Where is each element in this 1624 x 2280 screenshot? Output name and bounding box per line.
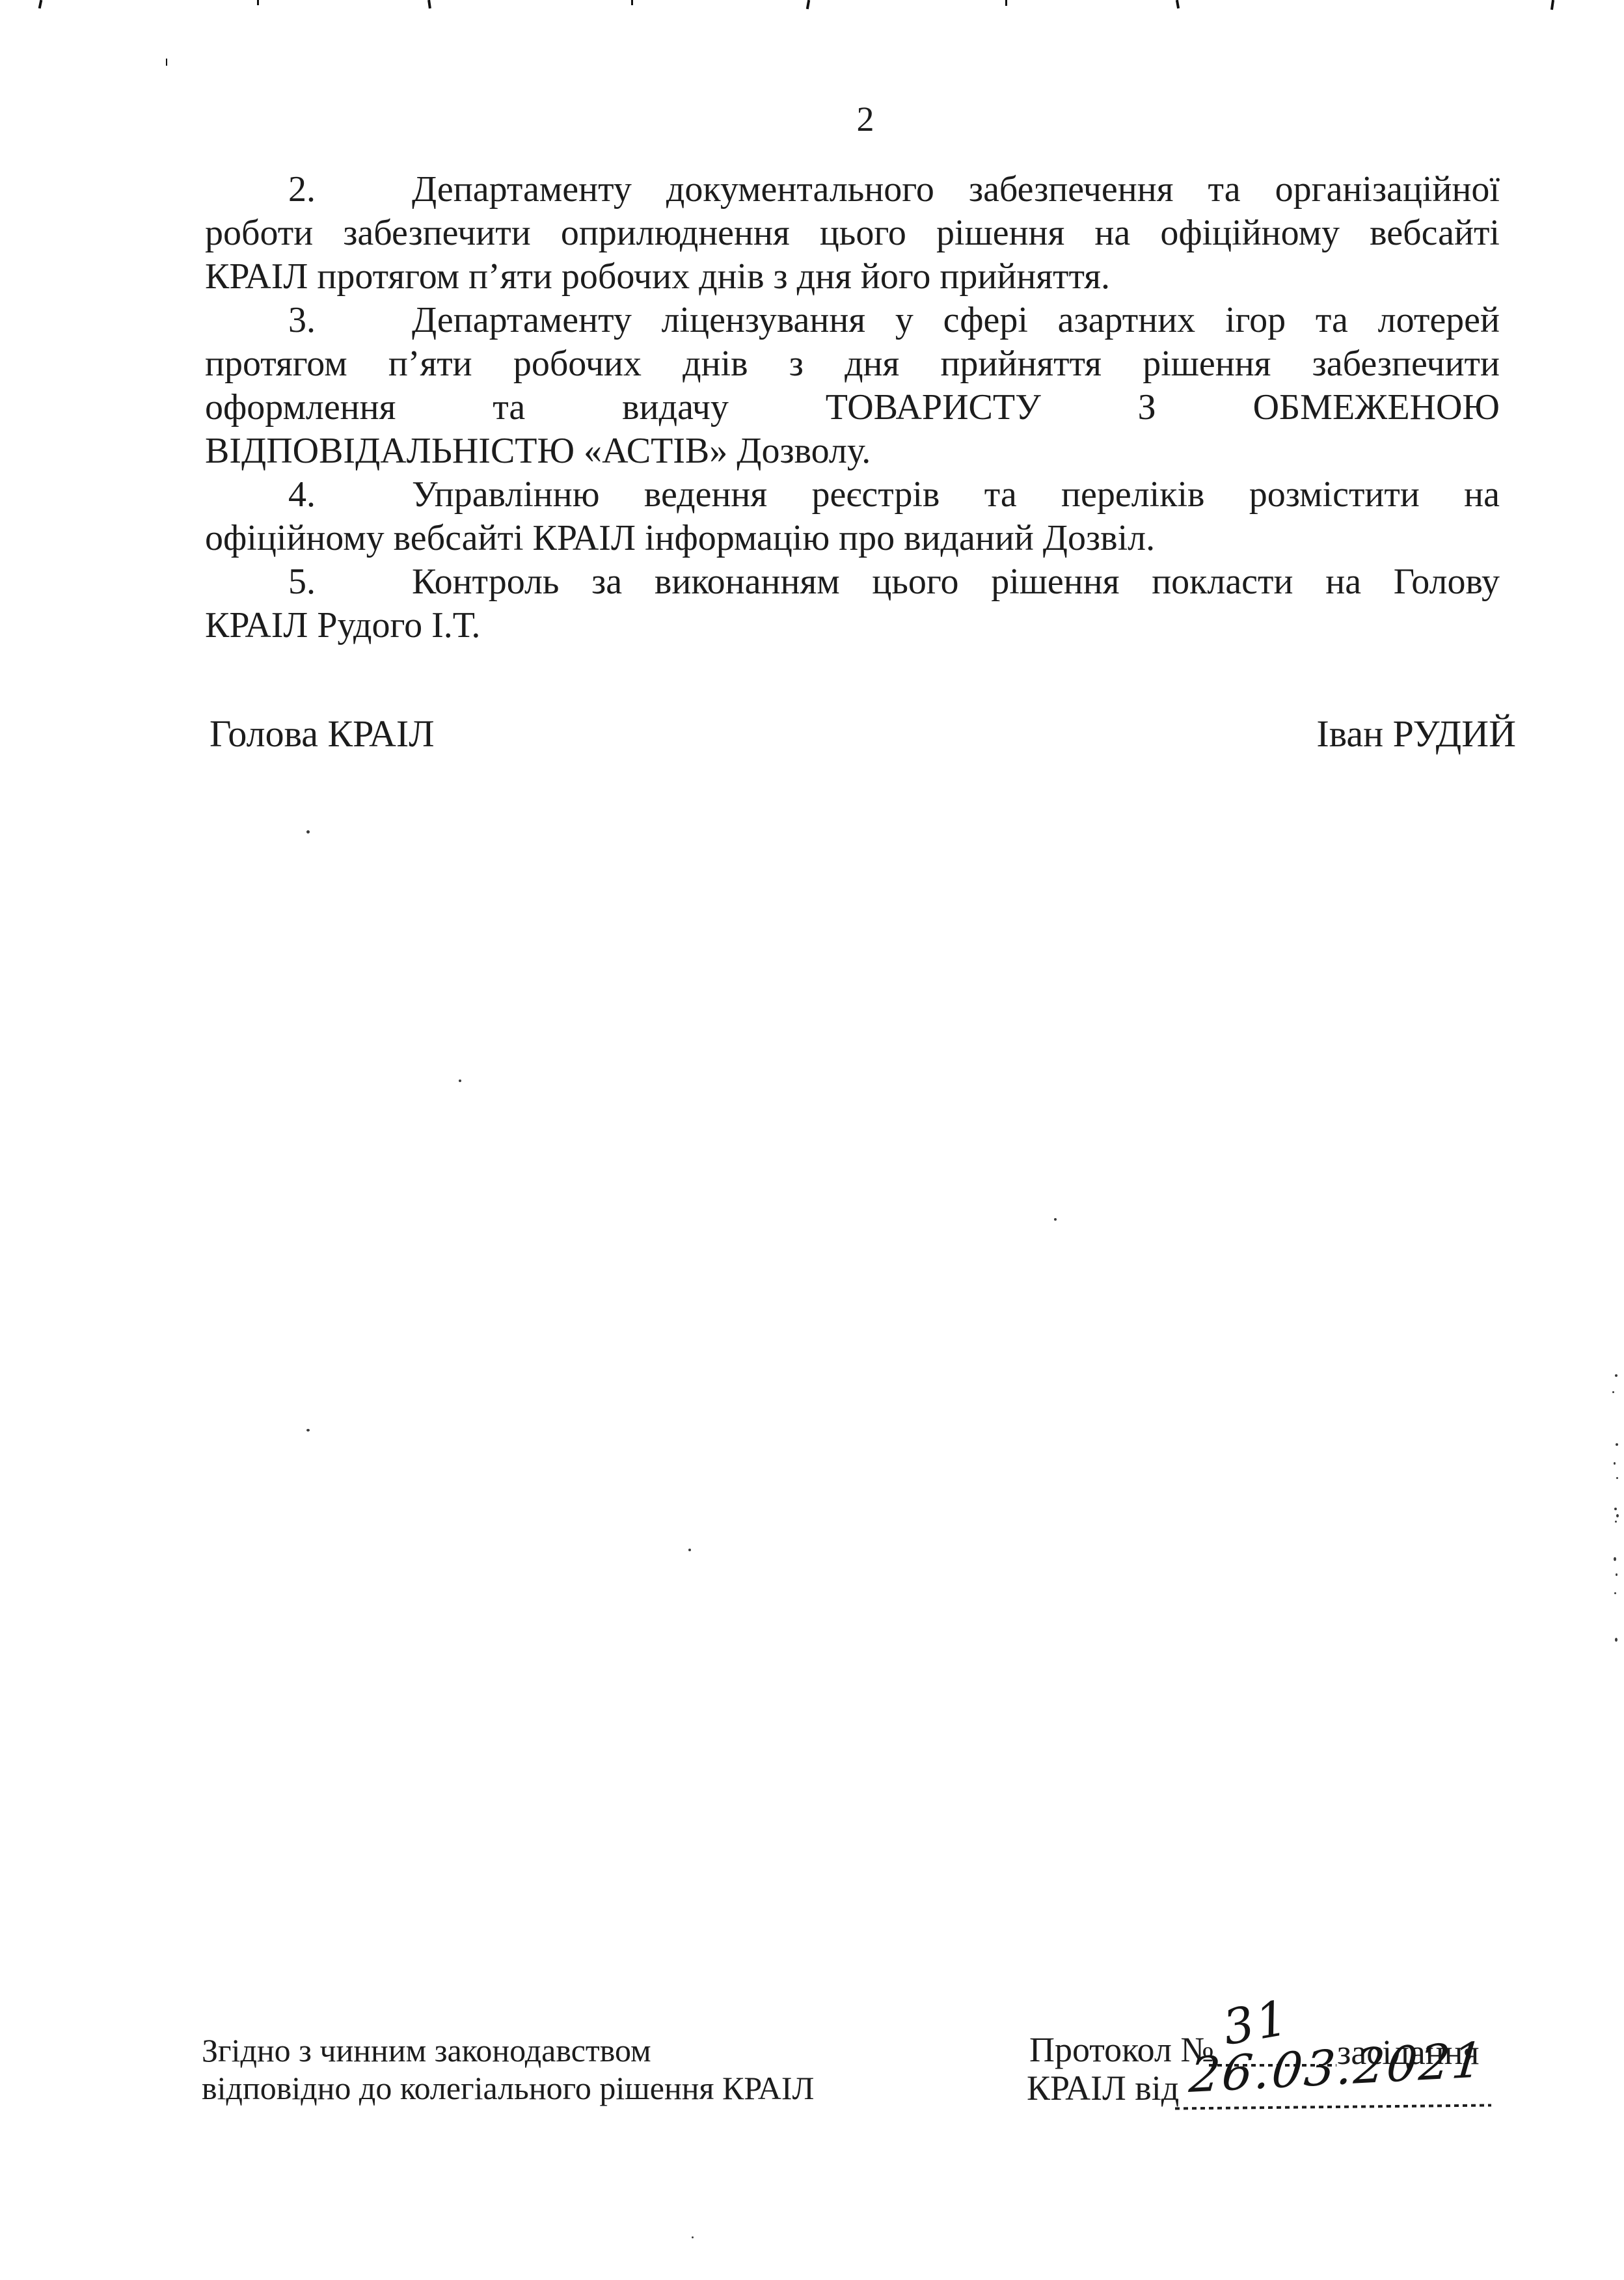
paragraph-2-line: роботи забезпечити оприлюднення цього рі… — [205, 211, 1500, 255]
scan-speck — [1614, 1592, 1616, 1594]
document-body: 2.Департаменту документального забезпече… — [205, 168, 1500, 647]
scan-speck — [306, 830, 310, 834]
certification-line-2: відповідно до колегіального рішення КРАІ… — [202, 2069, 917, 2107]
session-label: КРАІЛ від — [1027, 2070, 1179, 2106]
scan-artifact — [1550, 0, 1554, 10]
scan-speck — [1616, 1573, 1617, 1576]
paragraph-2-text: Департаменту документального забезпеченн… — [412, 169, 1500, 210]
paragraph-5-number: 5. — [288, 560, 412, 604]
scan-speck — [1612, 1391, 1614, 1393]
paragraph-4-line: офіційному вебсайті КРАІЛ інформацію про… — [205, 517, 1500, 560]
paragraph-3-line: 3.Департаменту ліцензування у сфері азар… — [205, 299, 1500, 342]
scan-artifact — [257, 0, 259, 5]
paragraph-3-line: ВІДПОВІДАЛЬНІСТЮ «АСТІВ» Дозволу. — [205, 429, 1500, 473]
scan-artifact — [1176, 0, 1180, 8]
scan-speck — [1614, 1462, 1616, 1465]
scan-artifact — [806, 0, 810, 9]
paragraph-5-text: Контроль за виконанням цього рішення пок… — [412, 562, 1500, 602]
scan-speck — [1616, 1514, 1619, 1517]
scan-speck — [1616, 1477, 1618, 1479]
scan-speck — [688, 1549, 691, 1551]
scan-artifact — [38, 0, 43, 8]
scan-speck — [306, 1429, 310, 1432]
paragraph-5-line: КРАІЛ Рудого І.Т. — [205, 604, 1500, 647]
scan-artifact — [427, 0, 431, 8]
paragraph-2-line: КРАІЛ протягом п’яти робочих днів з дня … — [205, 255, 1500, 299]
session-date-underline — [1175, 2104, 1491, 2110]
signatory-title: Голова КРАІЛ — [210, 714, 435, 753]
protocol-label: Протокол № — [1029, 2031, 1214, 2068]
paragraph-4-number: 4. — [288, 473, 412, 517]
scan-artifact — [1005, 0, 1007, 6]
scanned-document-page: 2 2.Департаменту документального забезпе… — [0, 0, 1624, 2280]
paragraph-4-text: Управлінню ведення реєстрів та переліків… — [412, 474, 1500, 515]
scan-speck — [1614, 1508, 1617, 1510]
paragraph-4-line: 4.Управлінню ведення реєстрів та перелік… — [205, 473, 1500, 517]
paragraph-2-line: 2.Департаменту документального забезпече… — [205, 168, 1500, 211]
scan-speck — [459, 1079, 461, 1082]
scan-speck — [1054, 1218, 1057, 1221]
paragraph-2-number: 2. — [288, 168, 412, 211]
paragraph-3-number: 3. — [288, 299, 412, 342]
scan-speck — [1614, 1557, 1616, 1561]
paragraph-5-line: 5.Контроль за виконанням цього рішення п… — [205, 560, 1500, 604]
scan-speck — [692, 2236, 694, 2238]
paragraph-3-line: протягом п’яти робочих днів з дня прийня… — [205, 342, 1500, 386]
scan-speck — [1615, 1521, 1617, 1523]
page-number: 2 — [846, 99, 885, 139]
scan-speck — [1615, 1374, 1617, 1377]
scan-speck — [1616, 1443, 1618, 1446]
certification-line-1: Згідно з чинним законодавством — [202, 2031, 917, 2069]
certification-note: Згідно з чинним законодавством відповідн… — [202, 2031, 917, 2107]
scan-artifact — [166, 59, 167, 66]
scan-artifact — [631, 0, 633, 5]
paragraph-3-text: Департаменту ліцензування у сфері азартн… — [412, 300, 1500, 340]
paragraph-3-line: оформлення та видачу ТОВАРИСТУ З ОБМЕЖЕН… — [205, 386, 1500, 429]
scan-speck — [1615, 1638, 1617, 1642]
signatory-name: Іван РУДИЙ — [1316, 714, 1516, 753]
